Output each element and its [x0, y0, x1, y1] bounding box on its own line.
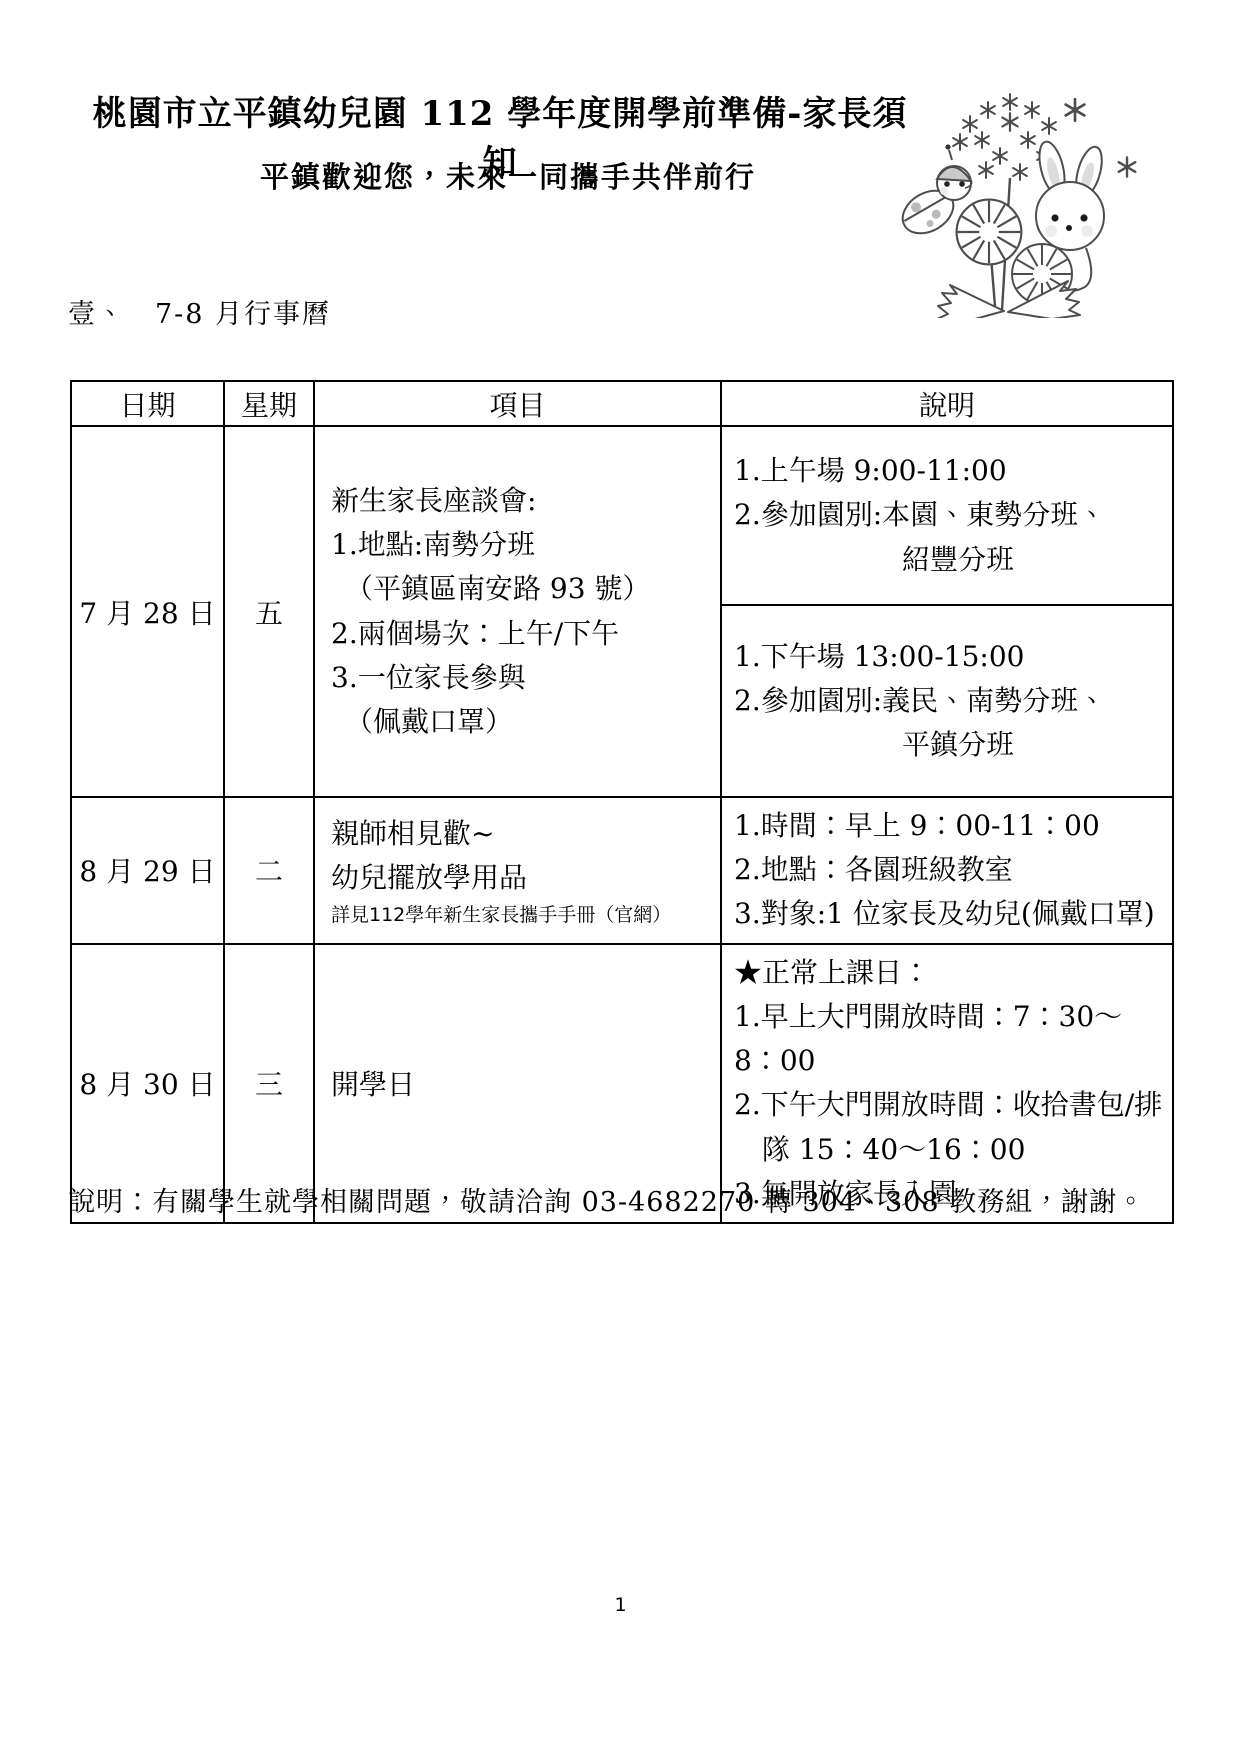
description-cell-afternoon: 1.下午場 13:00-15:00 2.參加園別:義民、南勢分班、 平鎮分班: [721, 605, 1173, 797]
date-cell: 8 月 29 日: [71, 797, 224, 944]
document-page: 桃園市立平鎮幼兒園 112 學年度開學前準備-家長須知 平鎮歡迎您，未來一同攜手…: [0, 0, 1241, 1755]
weekday-cell: 二: [224, 797, 314, 944]
item-cell: 新生家長座談會: 1.地點:南勢分班 （平鎮區南安路 93 號） 2.兩個場次：…: [314, 426, 721, 797]
table-row: 7 月 28 日 五 新生家長座談會: 1.地點:南勢分班 （平鎮區南安路 93…: [71, 426, 1173, 605]
schedule-table: 日期 星期 項目 說明 7 月 28 日 五 新生家長座談會: 1.地點:南勢分…: [70, 380, 1174, 1224]
column-header-date: 日期: [71, 381, 224, 426]
description-cell-morning: 1.上午場 9:00-11:00 2.參加園別:本園、東勢分班、 紹豐分班: [721, 426, 1173, 605]
column-header-weekday: 星期: [224, 381, 314, 426]
column-header-description: 說明: [721, 381, 1173, 426]
section-heading: 壹、 7-8 月行事曆: [68, 292, 331, 331]
page-number: 1: [0, 1594, 1241, 1616]
page-subtitle: 平鎮歡迎您，未來一同攜手共伴前行: [88, 155, 928, 196]
table-header-row: 日期 星期 項目 說明: [71, 381, 1173, 426]
weekday-cell: 五: [224, 426, 314, 797]
date-cell: 7 月 28 日: [71, 426, 224, 797]
table-row: 8 月 29 日 二 親師相見歡~ 幼兒擺放學用品 詳見112學年新生家長攜手手…: [71, 797, 1173, 944]
description-cell: 1.時間：早上 9：00-11：00 2.地點：各園班級教室 3.對象:1 位家…: [721, 797, 1173, 944]
column-header-item: 項目: [314, 381, 721, 426]
item-note: 詳見112學年新生家長攜手手冊（官網）: [331, 902, 712, 929]
item-cell: 親師相見歡~ 幼兒擺放學用品: [331, 812, 712, 900]
rabbit-ladybug-dandelion-illustration-icon: [892, 80, 1140, 318]
footer-note: 說明：有關學生就學相關問題，敬請洽詢 03-4682270 轉 304、308 …: [68, 1180, 1178, 1219]
